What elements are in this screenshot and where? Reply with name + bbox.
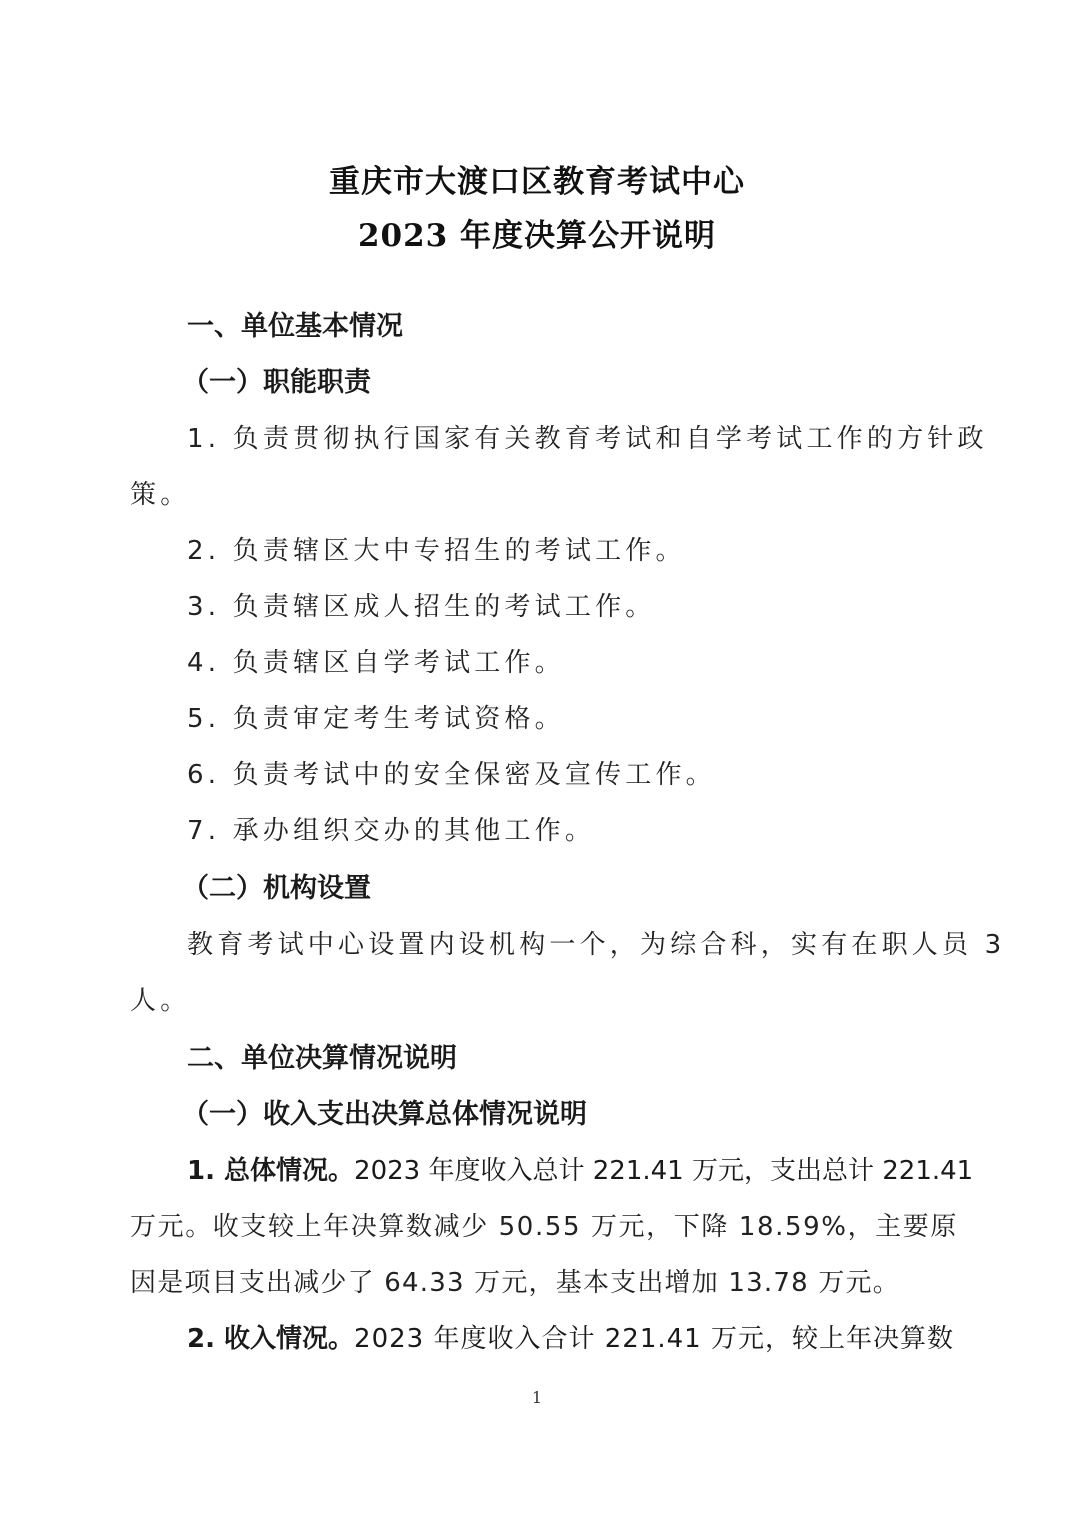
section-heading-basic-info: 一、单位基本情况 [187,304,1007,343]
subsection-heading-overall: （一）收入支出决算总体情况说明 [182,1092,1002,1131]
overall-paragraph-line2: 万元。收支较上年决算数减少 50.55 万元，下降 18.59%，主要原 [130,1206,950,1243]
duty-item-3: 3. 负责辖区成人招生的考试工作。 [187,586,1007,623]
duty-item-1-continued: 策。 [130,474,950,511]
document-page: 重庆市大渡口区教育考试中心 2023 年度决算公开说明 一、单位基本情况 （一）… [0,0,1074,1520]
overall-lead: 1. 总体情况。 [187,1156,354,1186]
overall-text: 2023 年度收入总计 221.41 万元，支出总计 221.41 [354,1156,973,1186]
duty-item-6: 6. 负责考试中的安全保密及宣传工作。 [187,754,1007,791]
duty-item-5: 5. 负责审定考生考试资格。 [187,698,1007,735]
org-description: 教育考试中心设置内设机构一个，为综合科，实有在职人员 3 [187,924,947,961]
document-title-line2: 2023 年度决算公开说明 [0,210,1074,255]
page-number: 1 [0,1388,1074,1407]
duty-item-4: 4. 负责辖区自学考试工作。 [187,642,1007,679]
duty-item-2: 2. 负责辖区大中专招生的考试工作。 [187,530,1007,567]
subsection-heading-org: （二）机构设置 [182,866,1002,905]
duty-item-7: 7. 承办组织交办的其他工作。 [187,810,1007,847]
org-description-continued: 人。 [130,980,950,1017]
income-paragraph-line1: 2. 收入情况。2023 年度收入合计 221.41 万元，较上年决算数 [187,1318,947,1355]
overall-paragraph-line1: 1. 总体情况。2023 年度收入总计 221.41 万元，支出总计 221.4… [187,1150,947,1187]
overall-paragraph-line3: 因是项目支出减少了 64.33 万元，基本支出增加 13.78 万元。 [130,1262,950,1299]
subsection-heading-duties: （一）职能职责 [182,360,1002,399]
income-text: 2023 年度收入合计 221.41 万元，较上年决算数 [354,1324,954,1354]
duty-item-1: 1. 负责贯彻执行国家有关教育考试和自学考试工作的方针政 [187,418,947,455]
document-title-line1: 重庆市大渡口区教育考试中心 [0,156,1074,201]
income-lead: 2. 收入情况。 [187,1324,354,1354]
section-heading-final-accounts: 二、单位决算情况说明 [187,1036,1007,1075]
